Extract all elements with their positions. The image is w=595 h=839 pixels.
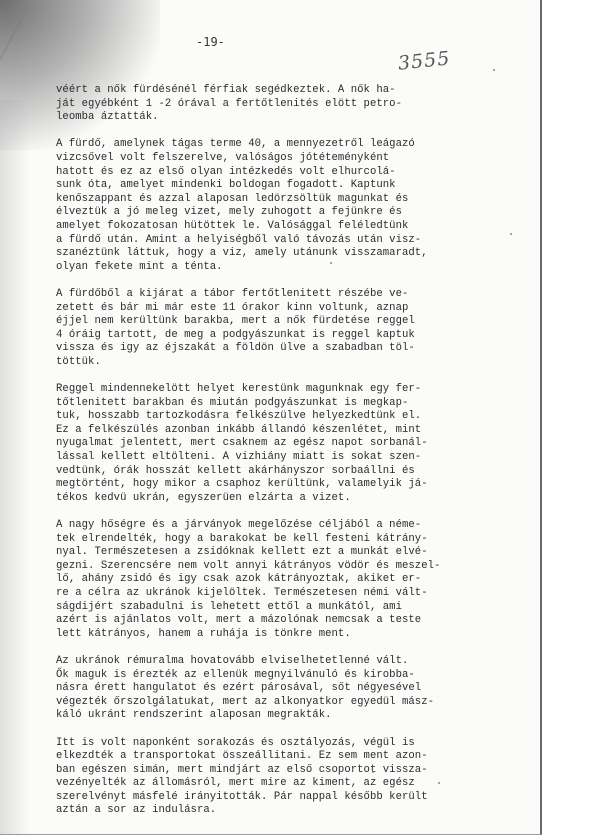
- text-line: éjjel nem kerültünk barakba, mert a nők …: [56, 315, 526, 329]
- text-line: A fürdő, amelynek tágas terme 40, a menn…: [56, 138, 526, 152]
- text-line: nyugalmat jelentett, mert csaknem az egé…: [56, 437, 526, 451]
- text-line: vezényelték az állomásról, mert mire az …: [56, 777, 526, 791]
- text-line: töttük.: [56, 356, 526, 370]
- scan-speck: [372, 771, 374, 773]
- scan-speck: [438, 782, 440, 784]
- paragraph-6: Az ukránok rémuralma hovatovább elviselh…: [56, 655, 526, 723]
- paper-sheet: -19- 3555 véért a nők fürdésénél férfiak…: [0, 0, 542, 835]
- text-line: vizcsővel volt felszerelve, valóságos jó…: [56, 152, 526, 166]
- page-number: -19-: [196, 35, 225, 49]
- text-line: nyal. Természetesen a zsidóknak kellett …: [56, 546, 526, 560]
- text-line: gezni. Szerencsére nem volt annyi kátrán…: [56, 560, 526, 574]
- scanned-page: -19- 3555 véért a nők fürdésénél férfiak…: [0, 0, 595, 839]
- text-line: vedtünk, órák hosszát kellett akárhánysz…: [56, 465, 526, 479]
- text-line: leomba áztatták.: [56, 111, 526, 125]
- text-line: megtörtént, hogy mikor a csaphoz kerültü…: [56, 478, 526, 492]
- paper-fold-line: [0, 20, 22, 180]
- text-line: kenőszappant és azzal alaposan ledörzsöl…: [56, 193, 526, 207]
- text-line: Reggel mindennekelött helyet kerestünk m…: [56, 383, 526, 397]
- text-line: ban egészen simán, mert mindjárt az első…: [56, 764, 526, 778]
- text-line: élveztük a jó meleg vizet, mely zuhogott…: [56, 206, 526, 220]
- handwritten-annotation: 3555: [397, 47, 451, 74]
- paragraph-7: Itt is volt naponként sorakozás és osztá…: [56, 737, 526, 819]
- text-line: tőtlenitett barakban és miután podgyászu…: [56, 397, 526, 411]
- text-line: elkezdték a transportokat összeállitani.…: [56, 750, 526, 764]
- text-line: násra érett hangulatot és ezért párosáva…: [56, 682, 526, 696]
- text-line: sunk óta, amelyet mindenki boldogan foga…: [56, 179, 526, 193]
- text-line: 4 óráig tartott, de meg a podgyászunkat …: [56, 329, 526, 343]
- text-line: tek elrendelték, hogy a barakokat be kel…: [56, 533, 526, 547]
- text-line: vissza és igy az éjszakát a földön ülve …: [56, 342, 526, 356]
- text-line: a fürdő után. Amint a helyiségből való t…: [56, 234, 526, 248]
- paragraph-3: A fürdőből a kijárat a tábor fertőtlenit…: [56, 288, 526, 370]
- text-line: Ez a felkészülés azonban inkább állandó …: [56, 424, 526, 438]
- paragraph-5: A nagy hőségre és a járványok megelőzése…: [56, 519, 526, 641]
- paragraph-1: véért a nők fürdésénél férfiak segédkezt…: [56, 84, 526, 125]
- text-line: hatott és ez az első olyan intézkedés vo…: [56, 166, 526, 180]
- text-line: olyan fekete mint a ténta.: [56, 261, 526, 275]
- text-line: Az ukránok rémuralma hovatovább elviselh…: [56, 655, 526, 669]
- text-line: végezték őrszolgálatukat, mert az alkony…: [56, 696, 526, 710]
- text-line: A fürdőből a kijárat a tábor fertőtlenit…: [56, 288, 526, 302]
- paragraph-2: A fürdő, amelynek tágas terme 40, a menn…: [56, 138, 526, 274]
- scan-speck: [330, 262, 332, 264]
- text-line: amelyet fokozatosan hütöttek le. Valóság…: [56, 220, 526, 234]
- text-line: szanéztünk láttuk, hogy a viz, amely utá…: [56, 247, 526, 261]
- text-line: lő, ahány zsidó és igy csak azok kátrány…: [56, 573, 526, 587]
- text-line: ságdijért szabadulni is lehetett ettől a…: [56, 601, 526, 615]
- text-line: aztán a sor az indulásra.: [56, 804, 526, 818]
- text-line: lással kellett eltölteni. A vizhiány mia…: [56, 451, 526, 465]
- paragraph-4: Reggel mindennekelött helyet kerestünk m…: [56, 383, 526, 505]
- text-line: véért a nők fürdésénél férfiak segédkezt…: [56, 84, 526, 98]
- scan-speck: [493, 69, 495, 71]
- scan-speck: [510, 233, 512, 235]
- text-line: zetett és bár mi már este 11 órakor kinn…: [56, 302, 526, 316]
- text-line: Itt is volt naponként sorakozás és osztá…: [56, 737, 526, 751]
- text-line: lett kátrányos, hanem a ruhája is tönkre…: [56, 628, 526, 642]
- text-line: ját egyébként 1 -2 órával a fertőtlenité…: [56, 98, 526, 112]
- text-line: tékos kedvü ukrán, egyszerüen elzárta a …: [56, 492, 526, 506]
- text-line: tuk, hosszabb tartozkodásra felkészülve …: [56, 410, 526, 424]
- text-line: azért is ajánlatos volt, mert a mázolóna…: [56, 614, 526, 628]
- typewritten-body: véért a nők fürdésénél férfiak segédkezt…: [56, 84, 526, 832]
- text-line: szerelvényt másfelé irányitották. Pár na…: [56, 791, 526, 805]
- text-line: káló ukránt rendszerint alaposan megrakt…: [56, 709, 526, 723]
- text-line: Ők maguk is érezték az ellenük megnyilvá…: [56, 669, 526, 683]
- scan-shadow-left: [0, 100, 30, 834]
- text-line: A nagy hőségre és a járványok megelőzése…: [56, 519, 526, 533]
- text-line: re a célra az ukránok kijelöltek. Termés…: [56, 587, 526, 601]
